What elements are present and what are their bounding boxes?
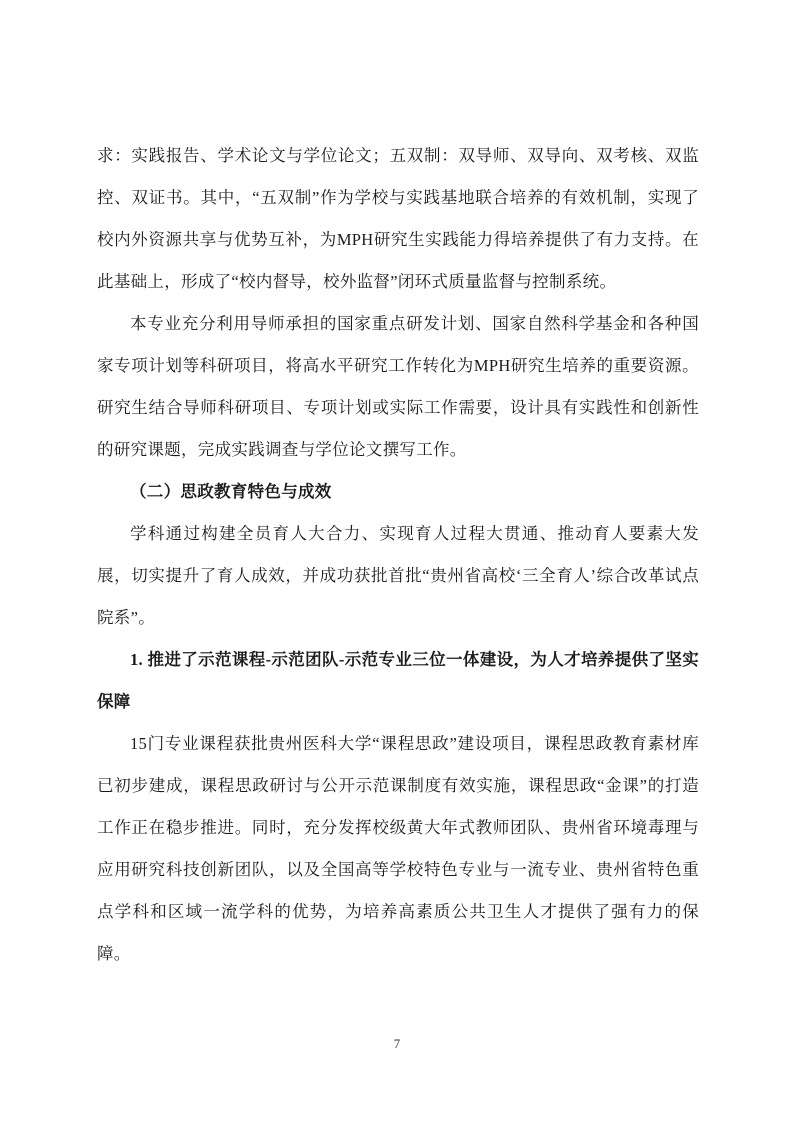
body-paragraph: 本专业充分利用导师承担的国家重点研发计划、国家自然科学基金和各种国家专项计划等科… (97, 303, 699, 471)
document-page: 求：实践报告、学术论文与学位论文；五双制：双导师、双导向、双考核、双监控、双证书… (0, 0, 794, 1123)
body-paragraph-continued: 求：实践报告、学术论文与学位论文；五双制：双导师、双导向、双考核、双监控、双证书… (97, 135, 699, 303)
numbered-subheading: 1. 推进了示范课程-示范团队-示范专业三位一体建设，为人才培养提供了坚实保障 (97, 639, 699, 723)
document-body: 求：实践报告、学术论文与学位论文；五双制：双导师、双导向、双考核、双监控、双证书… (97, 135, 699, 975)
body-paragraph: 学科通过构建全员育人大合力、实现育人过程大贯通、推动育人要素大发展，切实提升了育… (97, 513, 699, 639)
body-paragraph: 15门专业课程获批贵州医科大学“课程思政”建设项目，课程思政教育素材库已初步建成… (97, 723, 699, 975)
section-heading: （二）思政教育特色与成效 (97, 471, 699, 513)
page-number: 7 (0, 1036, 794, 1052)
